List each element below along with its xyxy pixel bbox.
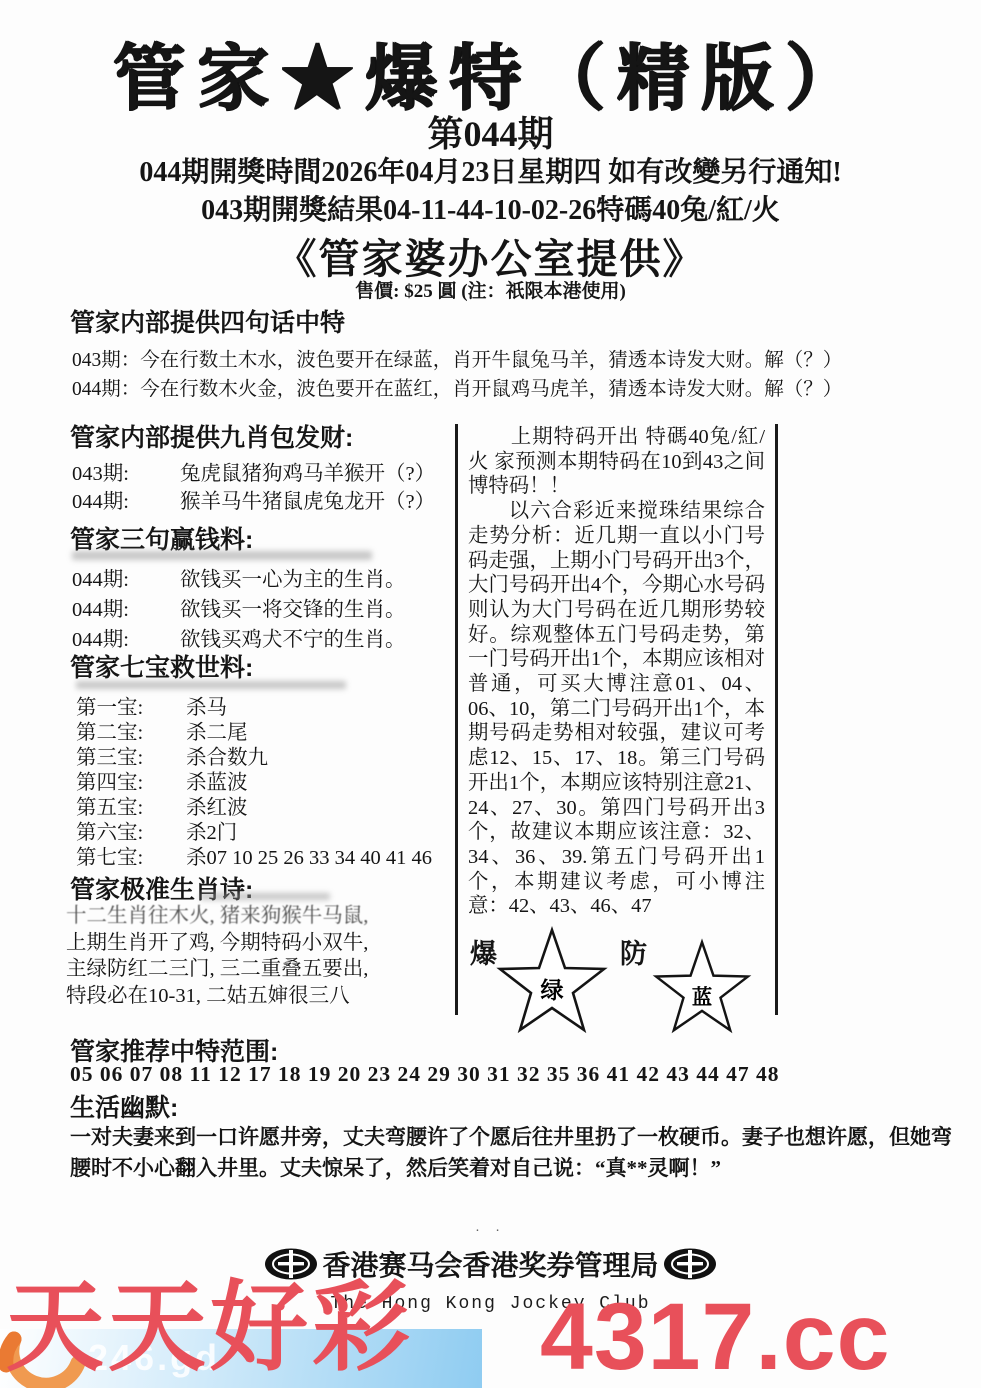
range-numbers: 05 06 07 08 11 12 17 18 19 20 23 24 29 3…	[70, 1062, 950, 1087]
row-text: 欲钱买一将交锋的生肖。	[180, 592, 406, 622]
guard-star-color: 蓝	[692, 985, 712, 1009]
last-draw-result: 043期開獎結果04-11-44-10-02-26特碼40兔/紅/火	[0, 188, 981, 228]
row-label: 044期:	[72, 562, 146, 592]
scanned-tipsheet-page: 管家★爆特（精版） 第044期 044期開獎時間2026年04月23日星期四 如…	[0, 0, 981, 1388]
four-sentence-rows: 043期：今在行数土木水，波色要开在绿蓝，肖开牛鼠兔马羊，猜透本诗发大财。解（？…	[72, 346, 940, 404]
star-icon: 蓝	[650, 938, 754, 1038]
treasure-row: 第七宝: 杀07 10 25 26 33 34 40 41 46	[76, 840, 432, 870]
section-heading-humor: 生活幽默:	[70, 1088, 178, 1124]
four-sentence-row-044: 044期：今在行数木火金，波色要开在蓝红，肖开鼠鸡马虎羊，猜透本诗发大财。解（？…	[72, 375, 940, 404]
banner-site-name: 天天好彩	[6, 1278, 414, 1376]
row-text: 兔虎鼠猪狗鸡马羊猴开（?）	[180, 456, 435, 486]
row-text: 杀07 10 25 26 33 34 40 41 46	[186, 840, 432, 870]
poem-line: 上期生肖开了鸡, 今期特码小双牛,	[66, 930, 446, 957]
banner-site-url: 4317.cc	[540, 1290, 890, 1385]
three-sentence-row: 044期: 欲钱买一心为主的生肖。	[72, 562, 406, 592]
nine-zodiac-row: 043期: 兔虎鼠猪狗鸡马羊猴开（?）	[72, 456, 435, 486]
section-heading-seven-treasures: 管家七宝救世料:	[70, 648, 253, 684]
explode-star-group: 爆 绿	[468, 926, 618, 1038]
smudge-redacted-line	[72, 551, 372, 560]
section-heading-four-sentence: 管家内部提供四句话中特	[70, 303, 345, 339]
poem-line: 特段必在10-31, 二姑五婶很三八	[66, 983, 446, 1010]
smudge-redacted-line	[200, 893, 330, 900]
zodiac-poem: 十二生肖往木火, 猪来狗猴牛马鼠, 上期生肖开了鸡, 今期特码小双牛, 主绿防红…	[66, 903, 446, 1009]
guard-label: 防	[620, 932, 647, 971]
stars-row: 爆 绿 防 蓝	[468, 926, 765, 1038]
analysis-box: 上期特码开出 特碼40兔/紅/火 家预测本期特码在10到43之间博特码！！ 以六…	[455, 424, 778, 1015]
poem-line: 十二生肖往木火, 猪来狗猴牛马鼠,	[66, 903, 446, 930]
section-heading-nine-zodiac: 管家内部提供九肖包发财:	[70, 418, 353, 454]
hkjc-logo-icon	[663, 1244, 717, 1284]
analysis-paragraph-1: 上期特码开出 特碼40兔/紅/火 家预测本期特码在10到43之间博特码！！	[468, 425, 765, 499]
row-label: 044期:	[72, 484, 146, 514]
three-sentence-row: 044期: 欲钱买一将交锋的生肖。	[72, 592, 406, 622]
humor-text: 一对夫妻来到一口许愿井旁，丈夫弯腰许了个愿后往井里扔了一枚硬币。妻子也想许愿，但…	[70, 1122, 954, 1184]
section-heading-zodiac-poem: 管家极准生肖诗:	[70, 870, 253, 906]
price-note: 售價: $25 圓 (注：祇限本港使用)	[0, 276, 981, 303]
row-text: 欲钱买一心为主的生肖。	[180, 562, 406, 592]
footer-dots: · ·	[0, 1224, 981, 1240]
row-label: 043期:	[72, 456, 146, 486]
row-label: 044期:	[72, 592, 146, 622]
draw-time-notice: 044期開獎時間2026年04月23日星期四 如有改變另行通知!	[0, 150, 981, 190]
explode-star-color: 绿	[541, 978, 564, 1003]
nine-zodiac-row: 044期: 猴羊马牛猪鼠虎兔龙开（?）	[72, 484, 435, 514]
smudge-redacted-line	[76, 681, 346, 689]
row-label: 第七宝:	[76, 840, 160, 870]
star-icon: 绿	[492, 926, 612, 1038]
analysis-paragraph-2: 以六合彩近来搅珠结果综合走势分析：近几期一直以小门号码走强，上期小门号码开出3个…	[468, 499, 765, 919]
guard-star-group: 防 蓝	[618, 926, 760, 1038]
four-sentence-row-043: 043期：今在行数土木水，波色要开在绿蓝，肖开牛鼠兔马羊，猜透本诗发大财。解（？…	[72, 346, 940, 375]
row-text: 猴羊马牛猪鼠虎兔龙开（?）	[180, 484, 435, 514]
poem-line: 主绿防红二三门, 三二重叠五要出,	[66, 956, 446, 983]
